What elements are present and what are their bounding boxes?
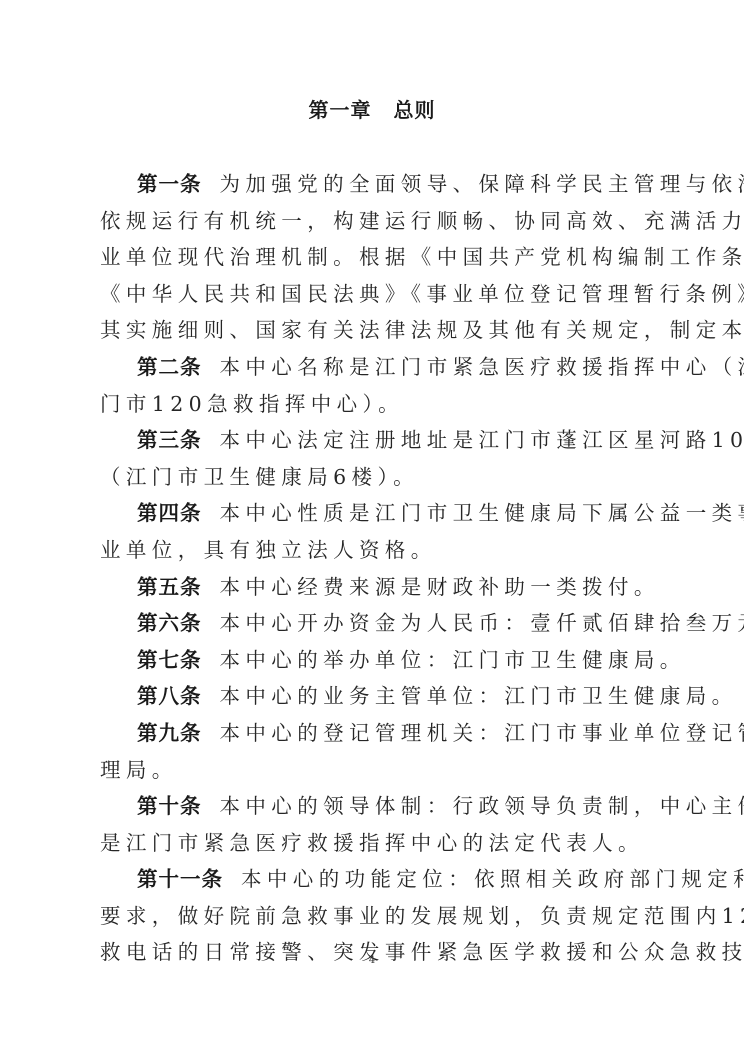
article-6: 第六条本中心开办资金为人民币：壹仟贰佰肆拾叁万元。 <box>100 605 642 642</box>
article-label: 第十一条 <box>137 867 223 891</box>
article-line: 第七条本中心的举办单位：江门市卫生健康局。 <box>100 642 642 679</box>
article-line: 业单位现代治理机制。根据《中国共产党机构编制工作条例》 <box>100 239 642 276</box>
article-5: 第五条本中心经费来源是财政补助一类拨付。 <box>100 569 642 606</box>
chapter-title: 第一章总则 <box>0 96 744 124</box>
article-text: 本中心法定注册地址是江门市蓬江区星河路10号 <box>220 428 744 452</box>
article-text: 本中心名称是江门市紧急医疗救援指挥中心（江 <box>220 355 744 379</box>
article-label: 第九条 <box>137 721 202 745</box>
article-3: 第三条本中心法定注册地址是江门市蓬江区星河路10号 （江门市卫生健康局6楼）。 <box>100 422 642 495</box>
article-line: 第十条本中心的领导体制：行政领导负责制，中心主任 <box>100 788 642 825</box>
article-10: 第十条本中心的领导体制：行政领导负责制，中心主任 是江门市紧急医疗救援指挥中心的… <box>100 788 642 861</box>
article-line: 理局。 <box>100 752 642 789</box>
article-9: 第九条本中心的登记管理机关：江门市事业单位登记管 理局。 <box>100 715 642 788</box>
article-line: 门市120急救指挥中心）。 <box>100 386 642 423</box>
article-label: 第八条 <box>137 684 202 708</box>
article-line: 业单位，具有独立法人资格。 <box>100 532 642 569</box>
article-line: 要求，做好院前急救事业的发展规划，负责规定范围内120急 <box>100 898 642 935</box>
body-text: 第一条为加强党的全面领导、保障科学民主管理与依法 依规运行有机统一，构建运行顺畅… <box>100 166 642 971</box>
article-line: 其实施细则、国家有关法律法规及其他有关规定，制定本章程。 <box>100 312 642 349</box>
article-7: 第七条本中心的举办单位：江门市卫生健康局。 <box>100 642 642 679</box>
article-line: 依规运行有机统一，构建运行顺畅、协同高效、充满活力的事 <box>100 203 642 240</box>
article-label: 第一条 <box>137 172 202 196</box>
article-line: 第八条本中心的业务主管单位：江门市卫生健康局。 <box>100 678 642 715</box>
article-text: 本中心的举办单位：江门市卫生健康局。 <box>220 648 686 672</box>
article-text: 本中心的登记管理机关：江门市事业单位登记管 <box>220 721 744 745</box>
chapter-number: 第一章 <box>309 98 372 122</box>
article-text: 本中心的业务主管单位：江门市卫生健康局。 <box>220 684 738 708</box>
article-label: 第二条 <box>137 355 202 379</box>
article-line: 第一条为加强党的全面领导、保障科学民主管理与依法 <box>100 166 642 203</box>
article-label: 第五条 <box>137 575 202 599</box>
article-line: 第二条本中心名称是江门市紧急医疗救援指挥中心（江 <box>100 349 642 386</box>
article-label: 第四条 <box>137 501 202 525</box>
article-line: 第九条本中心的登记管理机关：江门市事业单位登记管 <box>100 715 642 752</box>
article-label: 第三条 <box>137 428 202 452</box>
article-line: 第十一条本中心的功能定位：依照相关政府部门规定和 <box>100 861 642 898</box>
article-line: 是江门市紧急医疗救援指挥中心的法定代表人。 <box>100 825 642 862</box>
article-label: 第十条 <box>137 794 202 818</box>
article-line: 《中华人民共和国民法典》《事业单位登记管理暂行条例》及 <box>100 276 642 313</box>
article-text: 本中心性质是江门市卫生健康局下属公益一类事 <box>220 501 744 525</box>
article-text: 本中心的功能定位：依照相关政府部门规定和 <box>241 867 744 891</box>
article-line: （江门市卫生健康局6楼）。 <box>100 459 642 496</box>
article-2: 第二条本中心名称是江门市紧急医疗救援指挥中心（江 门市120急救指挥中心）。 <box>100 349 642 422</box>
article-label: 第六条 <box>137 611 202 635</box>
chapter-name: 总则 <box>394 98 436 122</box>
article-line: 第六条本中心开办资金为人民币：壹仟贰佰肆拾叁万元。 <box>100 605 642 642</box>
article-text: 本中心的领导体制：行政领导负责制，中心主任 <box>220 794 744 818</box>
article-text: 本中心经费来源是财政补助一类拨付。 <box>220 575 660 599</box>
article-text: 本中心开办资金为人民币：壹仟贰佰肆拾叁万元。 <box>220 611 744 635</box>
document-page: 第一章总则 第一条为加强党的全面领导、保障科学民主管理与依法 依规运行有机统一，… <box>0 0 744 1052</box>
page-number: 4 <box>0 955 744 966</box>
article-4: 第四条本中心性质是江门市卫生健康局下属公益一类事 业单位，具有独立法人资格。 <box>100 495 642 568</box>
article-text: 为加强党的全面领导、保障科学民主管理与依法 <box>220 172 744 196</box>
article-line: 第五条本中心经费来源是财政补助一类拨付。 <box>100 569 642 606</box>
article-label: 第七条 <box>137 648 202 672</box>
article-1: 第一条为加强党的全面领导、保障科学民主管理与依法 依规运行有机统一，构建运行顺畅… <box>100 166 642 349</box>
article-8: 第八条本中心的业务主管单位：江门市卫生健康局。 <box>100 678 642 715</box>
article-line: 第四条本中心性质是江门市卫生健康局下属公益一类事 <box>100 495 642 532</box>
article-line: 第三条本中心法定注册地址是江门市蓬江区星河路10号 <box>100 422 642 459</box>
